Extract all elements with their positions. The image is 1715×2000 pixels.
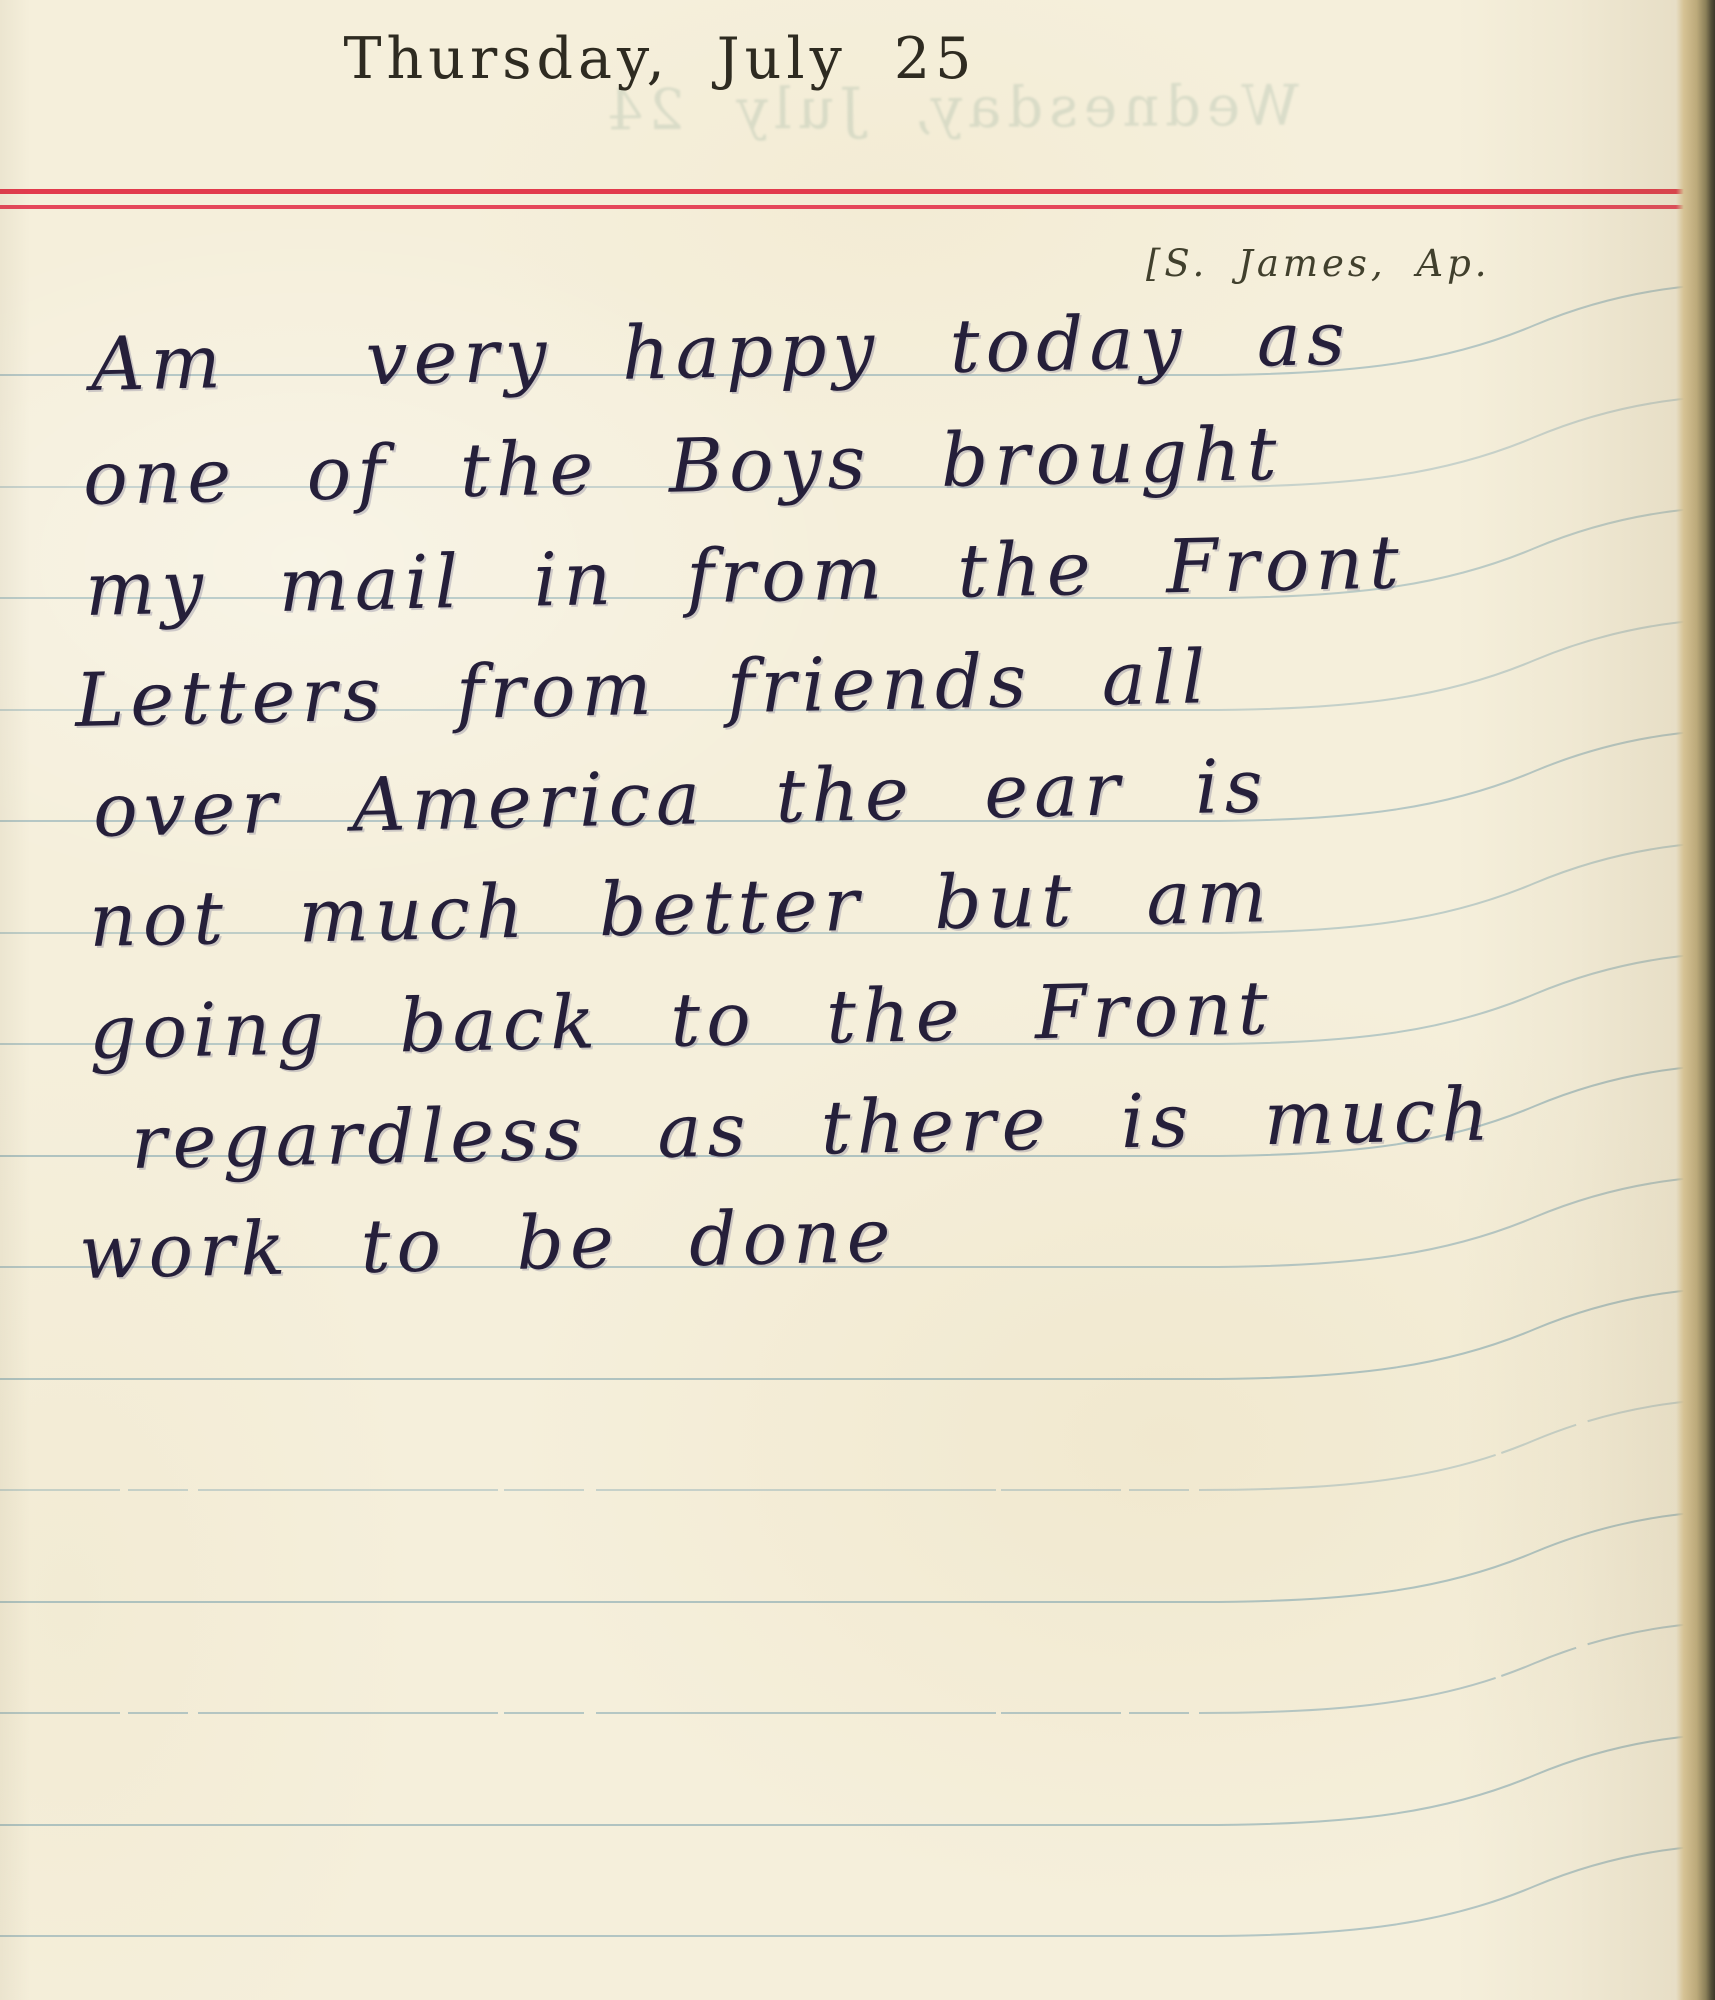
entry-line: regardless as there is much	[130, 1071, 1495, 1186]
diary-entry-text: Am very happy today as one of the Boys b…	[0, 0, 1715, 2000]
entry-line: one of the Boys brought	[82, 411, 1283, 522]
entry-line: my mail in from the Front	[84, 519, 1405, 633]
diary-page: Wednesday, July 24 Thursday, July 25 [S.…	[0, 0, 1715, 2000]
entry-line: not much better but am	[88, 853, 1273, 964]
entry-line: Letters from friends all	[74, 634, 1212, 744]
entry-line: work to be done	[78, 1193, 897, 1296]
entry-line: going back to the Front	[88, 965, 1274, 1076]
entry-line: over America the ear is	[92, 743, 1269, 854]
entry-line: Am very happy today as	[90, 296, 1352, 408]
